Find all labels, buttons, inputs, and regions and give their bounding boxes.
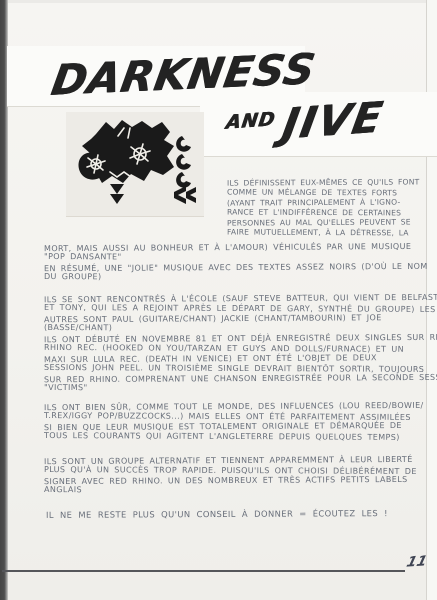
handwritten-line: "VICTIMS" [44,383,437,395]
band-logo [66,112,204,216]
handwritten-line: TOUS LES COURANTS QUI AGITENT L'ANGLETER… [44,431,424,443]
footer-rule [2,570,405,572]
abstract-faces-icon [66,112,204,216]
page-title-darkness: DARKNESS [49,48,319,102]
page-title-and: AND [225,110,277,133]
handwritten-line: ANGLAIS [44,484,417,496]
fanzine-scan-page: DARKNESS AND JIVE ILS DÉFINISSE [0,0,437,600]
handwritten-line: DU GROUPE) [44,272,428,284]
page-title-jive: JIVE [279,96,387,146]
closing-advice-line: IL NE ME RESTE PLUS QU'UN CONSEIL À DONN… [46,508,388,520]
scan-top-edge [0,0,437,3]
article-paragraph-history: ILS SE SONT RENCONTRÉS À L'ÉCOLE (SAUF S… [44,294,437,394]
article-paragraph-influences: ILS ONT BIEN SÛR, COMME TOUT LE MONDE, D… [44,402,424,442]
handwritten-line: FAIRE MUTUELLEMENT, À LA DÉTRESSE, LA [227,227,419,238]
article-intro-continued: MORT, MAIS AUSSI AU BONHEUR ET À L'AMOUR… [44,243,428,283]
article-paragraph-label: ILS SONT UN GROUPE ALTERNATIF ET TIENNEN… [44,455,417,495]
article-intro-indented: ILS DÉFINISSENT EUX-MÊMES CE QU'ILS FONT… [227,178,419,238]
